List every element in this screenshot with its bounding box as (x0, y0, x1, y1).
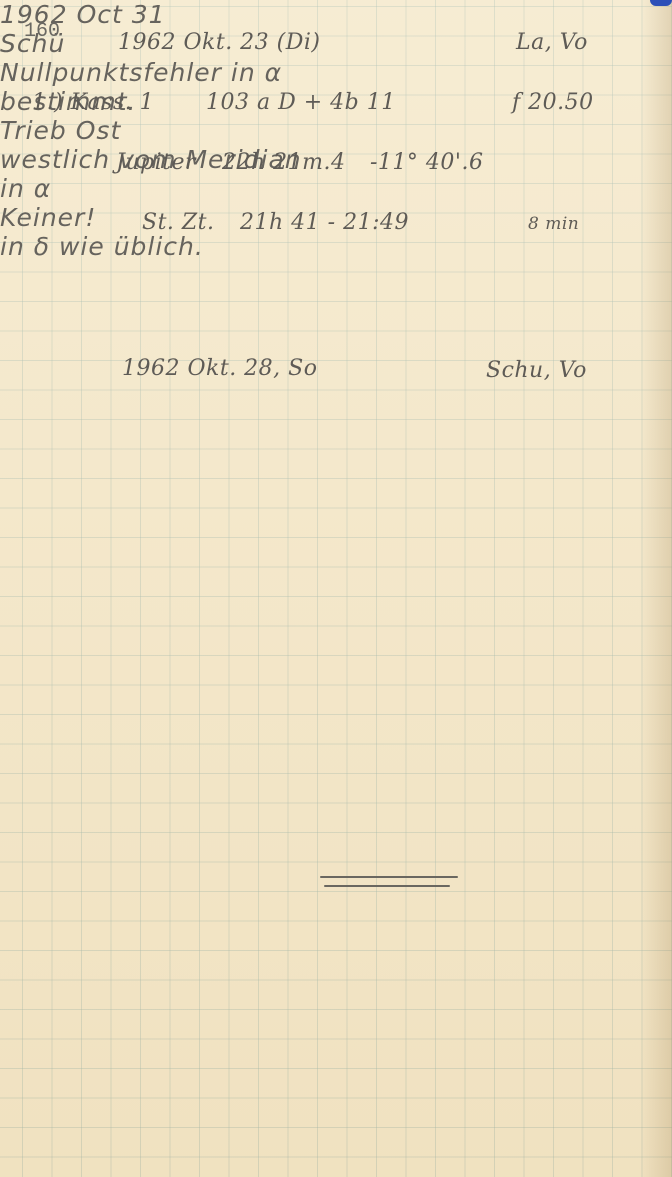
emphasis-underline-2 (324, 885, 450, 887)
entry-1-line-3-note: 8 min (528, 214, 579, 234)
entry-1-line-2-note: -11° 40'.6 (370, 150, 483, 175)
entry-3-note-1: Nullpunktsfehler in α (0, 58, 672, 87)
entry-1-line-1-note: f 20.50 (512, 90, 594, 115)
entry-1-line-1-label: 1.) Kass. 1 (32, 90, 154, 115)
page-number: 160 (24, 20, 60, 43)
entry-1-line-2-value: 22h 21m.4 (222, 150, 346, 175)
emphasis-underline-1 (320, 876, 458, 878)
entry-2-date: 1962 Okt. 28, So (122, 356, 317, 381)
entry-1-line-3-label: St. Zt. (142, 210, 215, 235)
entry-3-date: 1962 Oct 31 (0, 0, 672, 29)
entry-3-note-5: in α (0, 174, 672, 203)
entry-1-line-2-label: Jupiter (116, 150, 196, 175)
entry-1-date: 1962 Okt. 23 (Di) (118, 30, 321, 55)
entry-1-line-3-value: 21h 41 - 21:49 (240, 210, 409, 235)
entry-2-observers: Schu, Vo (486, 358, 587, 383)
entry-3-note-3: Trieb Ost (0, 116, 672, 145)
entry-1-observers: La, Vo (516, 30, 588, 55)
ink-stain (650, 0, 672, 6)
entry-1-line-1-value: 103 a D + 4b 11 (206, 90, 396, 115)
entry-3-note-7: in δ wie üblich. (0, 232, 672, 261)
